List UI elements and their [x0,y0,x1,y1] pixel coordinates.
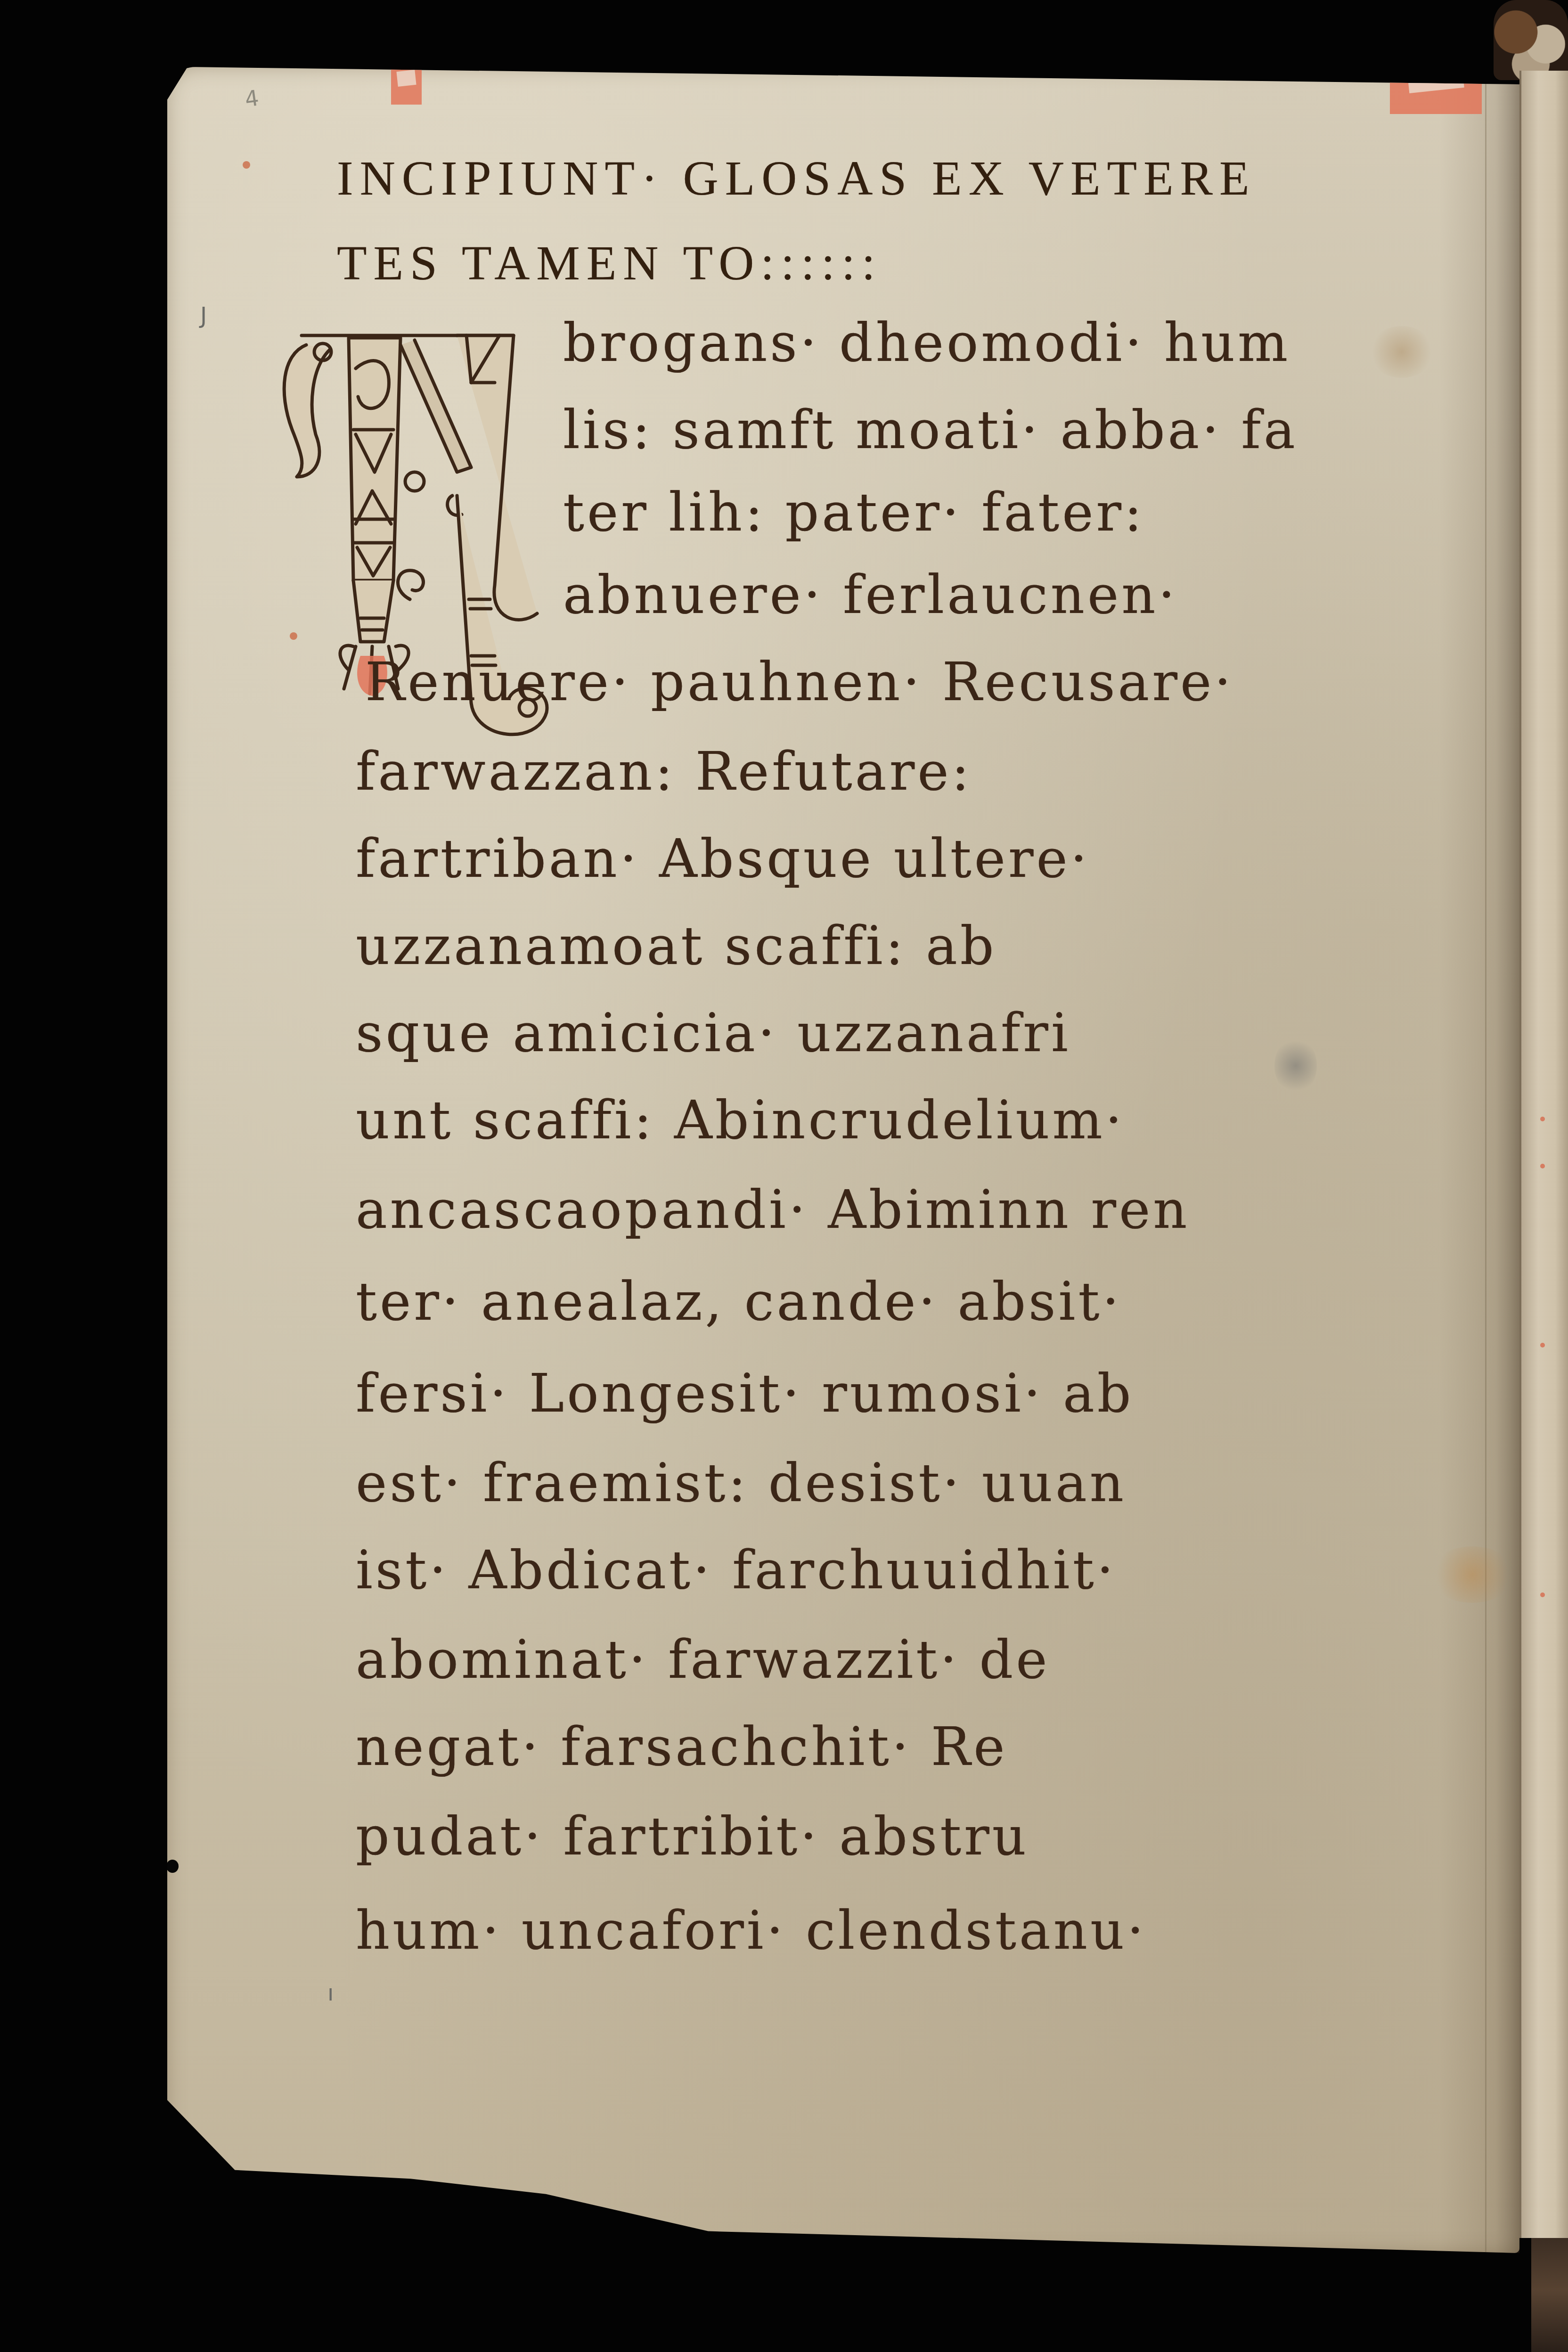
text-line: brogans· dheomodi· hum [563,317,1290,369]
text-line: pudat· fartribit· abstru [356,1810,1029,1863]
text-line: abominat· farwazzit· de [356,1633,1050,1686]
text-line: hum· uncafori· clendstanu· [356,1904,1147,1957]
text-line: farwazzan: Refutare: [356,745,972,798]
text-line: est· fraemist: desist· uuan [356,1457,1127,1510]
manuscript-page: 4 J ı [167,67,1519,2253]
text-line: Renuere· pauhnen· Recusare· [365,656,1234,709]
text-line: fartriban· Absque ultere· [356,833,1090,885]
text-line: fersi· Longesit· rumosi· ab [356,1367,1134,1420]
text-line: uzzanamoat scaffi: ab [356,920,996,972]
rubric-trace [1540,1343,1545,1347]
text-line: negat· farsachchit· Re [356,1721,1007,1773]
facing-leaf-edge [1519,71,1568,2238]
text-line: ter· anealaz, cande· absit· [356,1275,1122,1328]
rubric-trace [1540,1117,1545,1121]
text-line: sque amicicia· uzzanafri [356,1007,1071,1060]
heading-line-1: INCIPIUNT· GLOSAS EX VETERE [337,154,1256,203]
text-line: unt scaffi: Abincrudelium· [356,1094,1125,1147]
text-line: lis: samft moati· abba· fa [563,404,1298,457]
text-line: ancascaopandi· Abiminn ren [356,1184,1190,1236]
binding-thread-bottom [1531,2229,1568,2352]
text-line: abnuere· ferlaucnen· [563,569,1178,621]
rubric-trace [1540,1592,1545,1597]
heading-line-2: TES TAMEN TO:::::: [337,239,882,288]
binding-thread-top [1494,0,1568,80]
rubric-trace [1540,1164,1545,1168]
manuscript-text-block: INCIPIUNT· GLOSAS EX VETERE TES TAMEN TO… [167,67,1519,2253]
text-line: ist· Abdicat· farchuuidhit· [356,1544,1116,1597]
image-viewer-background: 4 J ı [0,0,1568,2352]
text-line: ter lih: pater· fater: [563,486,1145,539]
